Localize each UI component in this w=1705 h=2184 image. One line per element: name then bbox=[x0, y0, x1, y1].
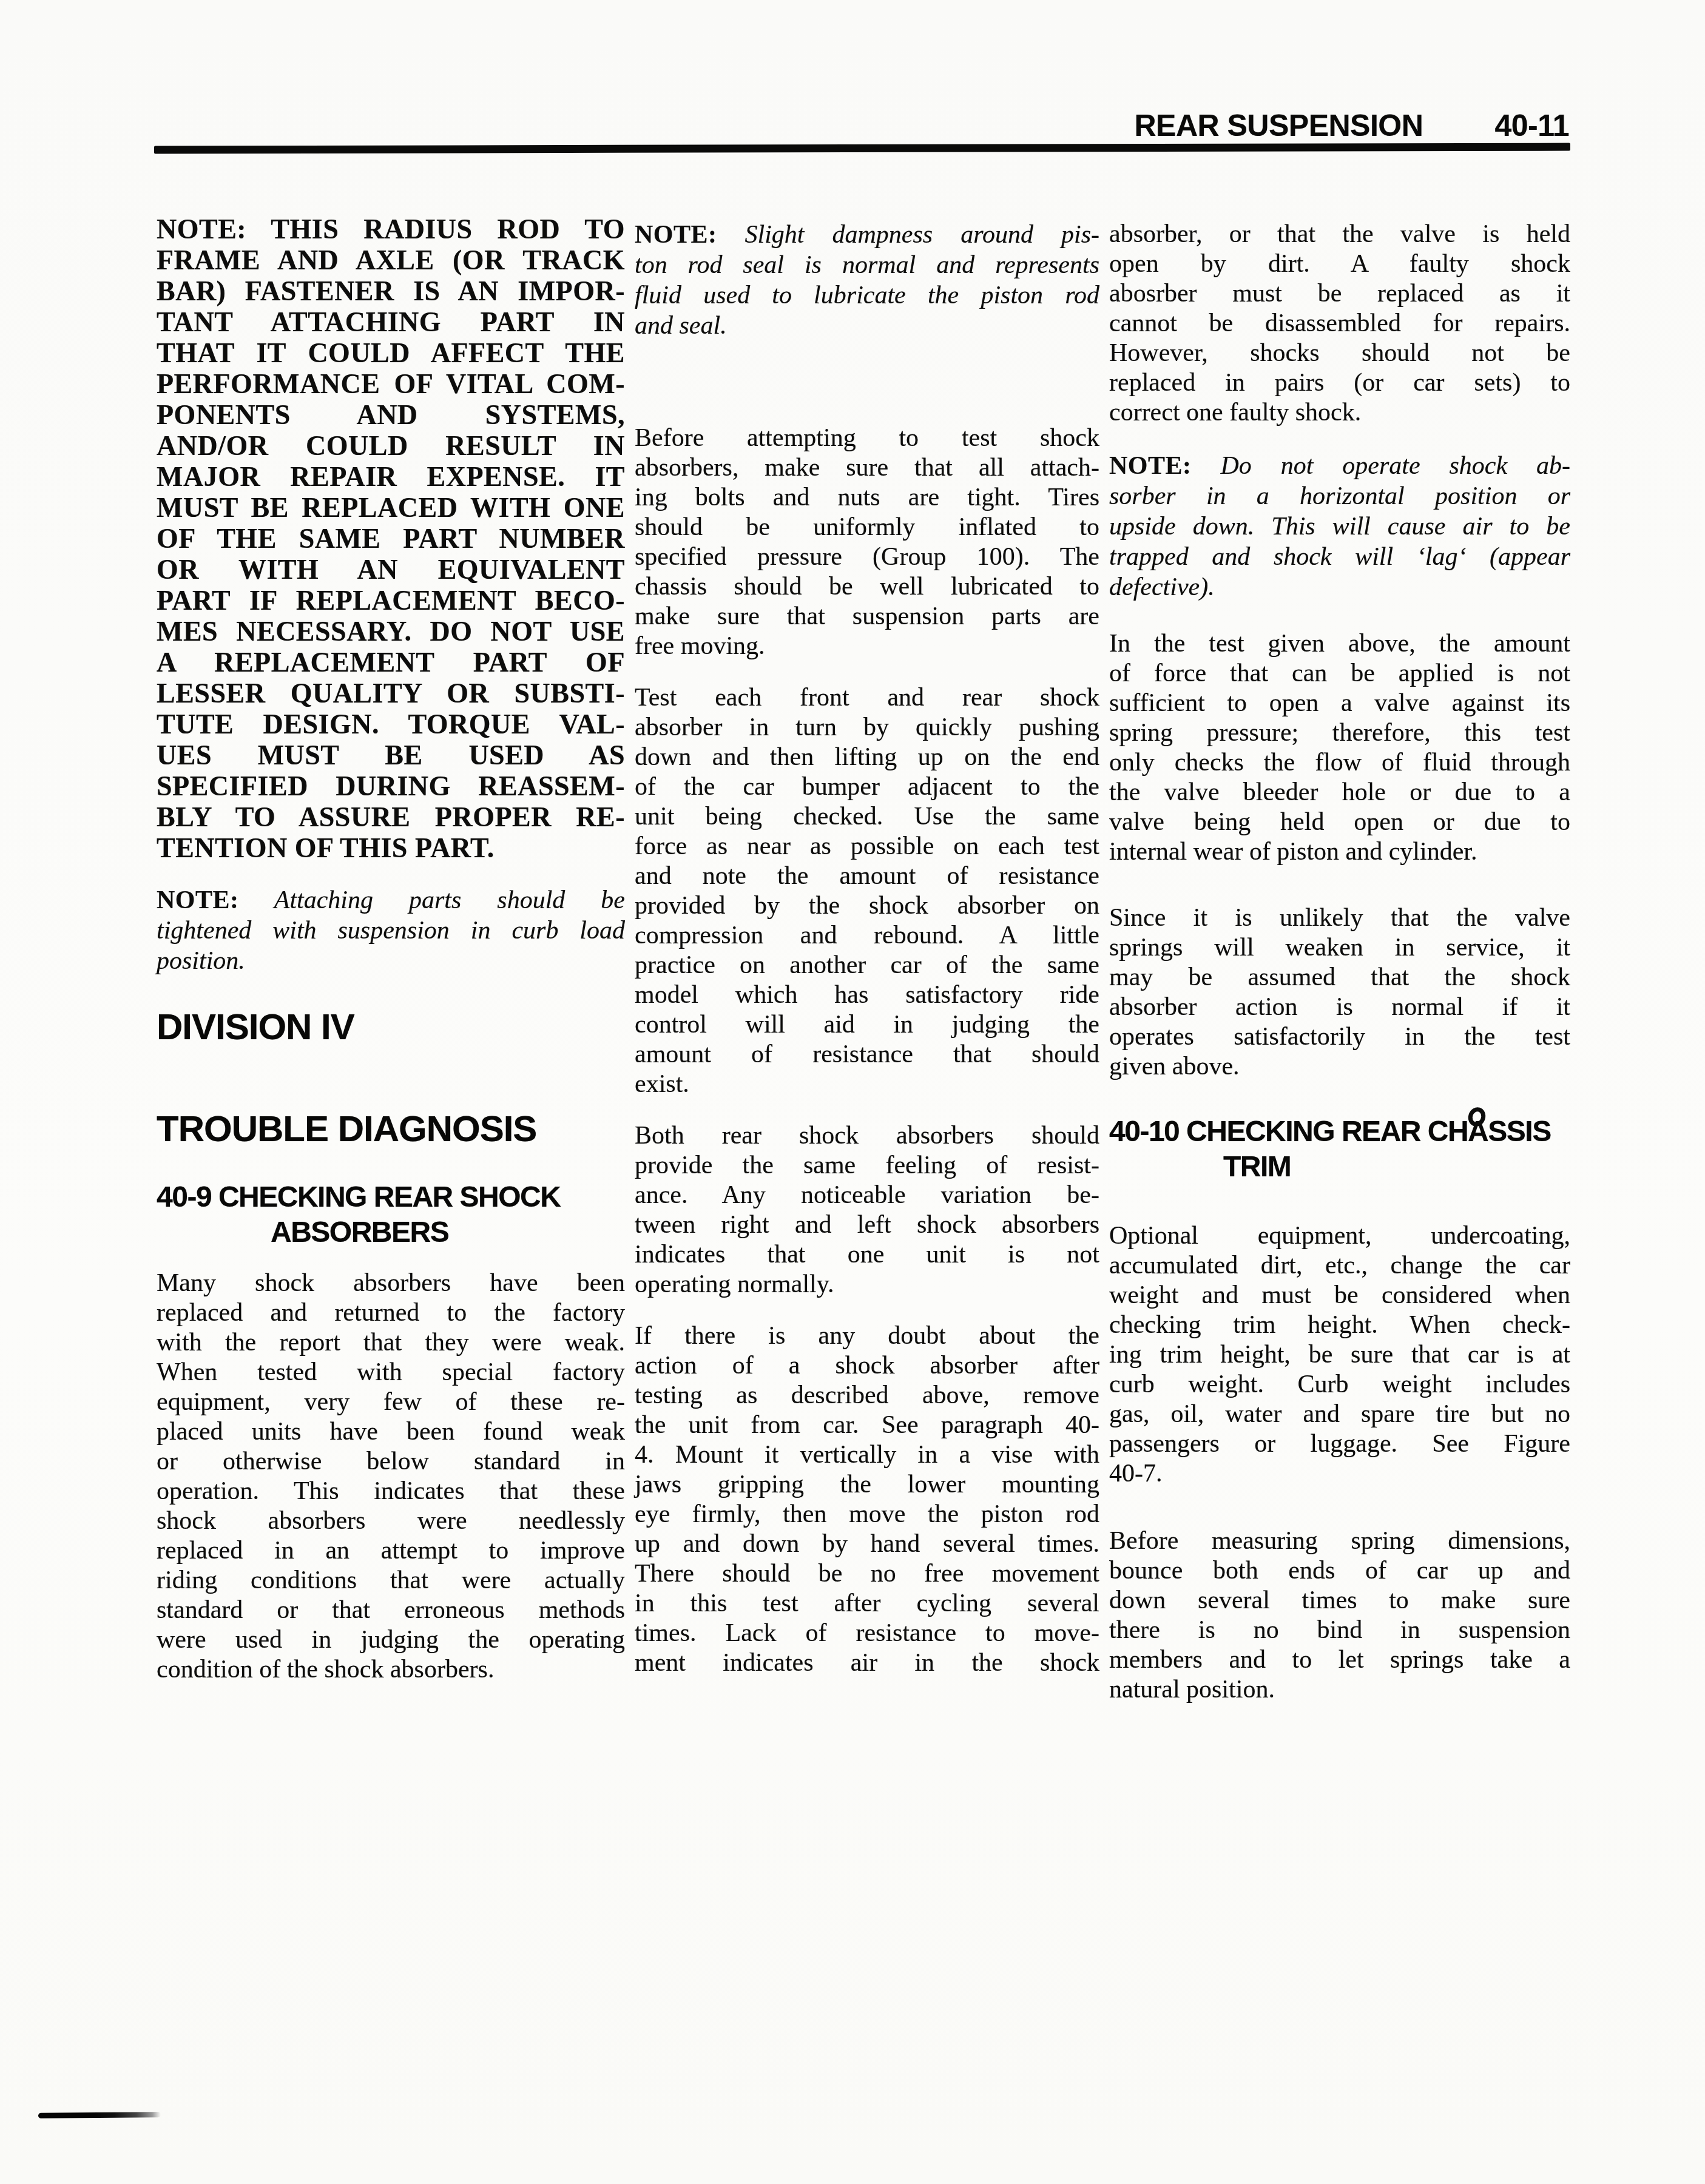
text-line: provided by the shock absorber on bbox=[635, 891, 1099, 921]
text-line: 40-7. bbox=[1109, 1459, 1570, 1489]
text-line: times. Lack of resistance to move- bbox=[635, 1619, 1099, 1648]
text-line: abosrber must be replaced as it bbox=[1109, 279, 1570, 309]
text-line: practice on another car of the same bbox=[635, 951, 1099, 980]
text-line: MUST BE REPLACED WITH ONE bbox=[157, 492, 625, 523]
horizontal-operation-note: NOTE: Do not operate shock ab-sorber in … bbox=[1109, 451, 1570, 602]
footer-ink-line bbox=[38, 2112, 161, 2118]
bumper-test-paragraph: Test each front and rear shockabsorber i… bbox=[635, 683, 1099, 1099]
text-line: operating normally. bbox=[635, 1270, 1099, 1299]
text-line: indicates that one unit is not bbox=[635, 1240, 1099, 1270]
text-line: may be assumed that the shock bbox=[1109, 963, 1570, 993]
text-line: jaws gripping the lower mounting bbox=[635, 1470, 1099, 1500]
division-heading: DIVISION IV bbox=[157, 1008, 625, 1046]
text-line: ing bolts and nuts are tight. Tires bbox=[635, 483, 1099, 513]
text-line: replaced in an attempt to improve bbox=[157, 1536, 625, 1566]
text-line: open by dirt. A faulty shock bbox=[1109, 249, 1570, 279]
text-line: If there is any doubt about the bbox=[635, 1321, 1099, 1351]
text-line: bounce both ends of car up and bbox=[1109, 1556, 1570, 1586]
text-line: internal wear of piston and cylinder. bbox=[1109, 837, 1570, 867]
text-line: given above. bbox=[1109, 1052, 1570, 1082]
text-line: trapped and shock will ‘lag‘ (appear bbox=[1109, 542, 1570, 572]
text-line: 4. Mount it vertically in a vise with bbox=[635, 1440, 1099, 1470]
radius-rod-warning-note: NOTE: THIS RADIUS ROD TOFRAME AND AXLE (… bbox=[157, 214, 625, 863]
text-line: free moving. bbox=[635, 632, 1099, 661]
pre-test-paragraph: Before attempting to test shockabsorbers… bbox=[635, 423, 1099, 661]
text-line: of the car bumper adjacent to the bbox=[635, 772, 1099, 802]
text-line: model which has satisfactory ride bbox=[635, 980, 1099, 1010]
spring-measurement-paragraph: Before measuring spring dimensions,bounc… bbox=[1109, 1526, 1570, 1705]
trim-height-paragraph: Optional equipment, undercoating,accumul… bbox=[1109, 1221, 1570, 1489]
text-line: sorber in a horizontal position or bbox=[1109, 481, 1570, 511]
text-line: there is no bind in suspension bbox=[1109, 1616, 1570, 1645]
text-line: Optional equipment, undercoating, bbox=[1109, 1221, 1570, 1251]
text-line: cannot be disassembled for repairs. bbox=[1109, 309, 1570, 339]
text-line: curb weight. Curb weight includes bbox=[1109, 1370, 1570, 1400]
text-line: upside down. This will cause air to be bbox=[1109, 511, 1570, 542]
text-line: tightened with suspension in curb load bbox=[157, 915, 625, 946]
text-line: replaced in pairs (or car sets) to bbox=[1109, 368, 1570, 398]
piston-rod-dampness-note: NOTE: Slight dampness around pis-ton rod… bbox=[635, 220, 1099, 341]
note-label: NOTE: bbox=[157, 886, 239, 914]
text-line: control will aid in judging the bbox=[635, 1010, 1099, 1040]
text-line: with the report that they were weak. bbox=[157, 1328, 625, 1358]
text-line: Many shock absorbers have been bbox=[157, 1269, 625, 1298]
text-line: spring pressure; therefore, this test bbox=[1109, 718, 1570, 748]
text-line: the unit from car. See paragraph 40- bbox=[635, 1410, 1099, 1440]
manual-page: REAR SUSPENSION 40-11 NOTE: THIS RADIUS … bbox=[0, 0, 1705, 2184]
text-columns: NOTE: THIS RADIUS ROD TOFRAME AND AXLE (… bbox=[157, 214, 1570, 1705]
text-line: passengers or luggage. See Figure bbox=[1109, 1429, 1570, 1459]
vise-test-paragraph: If there is any doubt about theaction of… bbox=[635, 1321, 1099, 1678]
header-rule bbox=[154, 143, 1570, 154]
text-line: Test each front and rear shock bbox=[635, 683, 1099, 713]
text-line: absorbers, make sure that all attach- bbox=[635, 453, 1099, 483]
text-line: or otherwise below standard in bbox=[157, 1447, 625, 1477]
text-line: weight and must be considered when bbox=[1109, 1281, 1570, 1310]
text-line: condition of the shock absorbers. bbox=[157, 1655, 625, 1685]
text-line: TENTION OF THIS PART. bbox=[157, 832, 625, 863]
trouble-diagnosis-heading: TROUBLE DIAGNOSIS bbox=[157, 1110, 625, 1148]
curb-load-note: NOTE: Attaching parts should betightened… bbox=[157, 885, 625, 976]
text-line: were used in judging the operating bbox=[157, 1625, 625, 1655]
text-line: only checks the flow of fluid through bbox=[1109, 748, 1570, 778]
text-line: position. bbox=[157, 946, 625, 976]
text-line: absorber action is normal if it bbox=[1109, 993, 1570, 1022]
text-line: unit being checked. Use the same bbox=[635, 802, 1099, 832]
text-line: MES NECESSARY. DO NOT USE bbox=[157, 616, 625, 647]
left-column: NOTE: THIS RADIUS ROD TOFRAME AND AXLE (… bbox=[157, 214, 625, 1705]
text-line: up and down by hand several times. bbox=[635, 1529, 1099, 1559]
text-line: MAJOR REPAIR EXPENSE. IT bbox=[157, 461, 625, 492]
text-line: gas, oil, water and spare tire but no bbox=[1109, 1400, 1570, 1429]
text-line: and seal. bbox=[635, 311, 1099, 341]
text-line: eye firmly, then move the piston rod bbox=[635, 1500, 1099, 1529]
text-line: ing trim height, be sure that car is at bbox=[1109, 1340, 1570, 1370]
text-line: make sure that suspension parts are bbox=[635, 602, 1099, 632]
text-line: specified pressure (Group 100). The bbox=[635, 542, 1099, 572]
text-line: PERFORMANCE OF VITAL COM- bbox=[157, 368, 625, 399]
text-line: valve being held open or due to bbox=[1109, 807, 1570, 837]
text-line: NOTE: Do not operate shock ab- bbox=[1109, 451, 1570, 481]
section-40-9-title: 40-9 CHECKING REAR SHOCK bbox=[157, 1180, 625, 1215]
valve-springs-paragraph: Since it is unlikely that the valvesprin… bbox=[1109, 903, 1570, 1082]
text-line: fluid used to lubricate the piston rod bbox=[635, 280, 1099, 311]
text-line: BLY TO ASSURE PROPER RE- bbox=[157, 801, 625, 832]
text-line: defective). bbox=[1109, 572, 1570, 602]
text-line: equipment, very few of these re- bbox=[157, 1387, 625, 1417]
text-line: Before attempting to test shock bbox=[635, 423, 1099, 453]
text-line: OF THE SAME PART NUMBER bbox=[157, 523, 625, 554]
text-line: chassis should be well lubricated to bbox=[635, 572, 1099, 602]
middle-column: NOTE: Slight dampness around pis-ton rod… bbox=[635, 214, 1099, 1705]
text-line: and note the amount of resistance bbox=[635, 861, 1099, 891]
text-line: in this test after cycling several bbox=[635, 1589, 1099, 1619]
text-line: There should be no free movement bbox=[635, 1559, 1099, 1589]
text-line: PART IF REPLACEMENT BECO- bbox=[157, 585, 625, 616]
text-line: accumulated dirt, etc., change the car bbox=[1109, 1251, 1570, 1281]
text-line: standard or that erroneous methods bbox=[157, 1596, 625, 1625]
text-line: TANT ATTACHING PART IN bbox=[157, 306, 625, 337]
text-line: NOTE: Attaching parts should be bbox=[157, 885, 625, 915]
text-line: Before measuring spring dimensions, bbox=[1109, 1526, 1570, 1556]
text-line: LESSER QUALITY OR SUBSTI- bbox=[157, 678, 625, 709]
text-line: UES MUST BE USED AS bbox=[157, 740, 625, 770]
text-line: In the test given above, the amount bbox=[1109, 629, 1570, 659]
text-line: ton rod seal is normal and represents bbox=[635, 250, 1099, 280]
text-line: ance. Any noticeable variation be- bbox=[635, 1181, 1099, 1210]
text-line: compression and rebound. A little bbox=[635, 921, 1099, 951]
text-line: PONENTS AND SYSTEMS, bbox=[157, 399, 625, 430]
section-40-9-heading: 40-9 CHECKING REAR SHOCK ABSORBERS bbox=[157, 1180, 625, 1250]
text-line: testing as described above, remove bbox=[635, 1381, 1099, 1410]
text-line: operation. This indicates that these bbox=[157, 1477, 625, 1506]
text-line: ment indicates air in the shock bbox=[635, 1648, 1099, 1678]
right-column: absorber, or that the valve is heldopen … bbox=[1109, 214, 1570, 1705]
text-line: AND/OR COULD RESULT IN bbox=[157, 430, 625, 461]
text-line: sufficient to open a valve against its bbox=[1109, 689, 1570, 718]
text-line: checking trim height. When check- bbox=[1109, 1310, 1570, 1340]
text-line: shock absorbers were needlessly bbox=[157, 1506, 625, 1536]
text-line: action of a shock absorber after bbox=[635, 1351, 1099, 1381]
text-line: NOTE: THIS RADIUS ROD TO bbox=[157, 214, 625, 244]
text-line: However, shocks should not be bbox=[1109, 339, 1570, 368]
shock-absorber-intro-paragraph: Many shock absorbers have beenreplaced a… bbox=[157, 1269, 625, 1685]
test-force-paragraph: In the test given above, the amountof fo… bbox=[1109, 629, 1570, 867]
section-40-9-subtitle: ABSORBERS bbox=[157, 1215, 625, 1250]
text-line: the valve bleeder hole or due to a bbox=[1109, 778, 1570, 807]
text-line: down and then lifting up on the end bbox=[635, 743, 1099, 772]
text-line: of force that can be applied is not bbox=[1109, 659, 1570, 689]
text-line: THAT IT COULD AFFECT THE bbox=[157, 337, 625, 368]
section-40-10-title: 40-10 CHECKING REAR CHASSIS bbox=[1109, 1114, 1570, 1150]
text-line: force as near as possible on each test bbox=[635, 832, 1099, 861]
text-line: Both rear shock absorbers should bbox=[635, 1121, 1099, 1151]
text-line: A REPLACEMENT PART OF bbox=[157, 647, 625, 678]
text-line: provide the same feeling of resist- bbox=[635, 1151, 1099, 1181]
text-line: operates satisfactorily in the test bbox=[1109, 1022, 1570, 1052]
text-line: amount of resistance that should bbox=[635, 1040, 1099, 1070]
text-line: NOTE: Slight dampness around pis- bbox=[635, 220, 1099, 250]
text-line: riding conditions that were actually bbox=[157, 1566, 625, 1596]
text-line: placed units have been found weak bbox=[157, 1417, 625, 1447]
text-line: replaced and returned to the factory bbox=[157, 1298, 625, 1328]
page-number: 40-11 bbox=[1494, 108, 1569, 143]
text-line: BAR) FASTENER IS AN IMPOR- bbox=[157, 275, 625, 306]
text-line: should be uniformly inflated to bbox=[635, 513, 1099, 542]
text-line: SPECIFIED DURING REASSEM- bbox=[157, 770, 625, 801]
page-section-title: REAR SUSPENSION bbox=[1134, 108, 1423, 143]
text-line: absorber in turn by quickly pushing bbox=[635, 713, 1099, 743]
resistance-comparison-paragraph: Both rear shock absorbers shouldprovide … bbox=[635, 1121, 1099, 1299]
text-line: springs will weaken in service, it bbox=[1109, 933, 1570, 963]
text-line: Since it is unlikely that the valve bbox=[1109, 903, 1570, 933]
running-header: REAR SUSPENSION 40-11 bbox=[1134, 108, 1569, 143]
note-label: NOTE: bbox=[1109, 452, 1192, 480]
text-line: FRAME AND AXLE (OR TRACK bbox=[157, 244, 625, 275]
text-line: correct one faulty shock. bbox=[1109, 398, 1570, 428]
text-line: members and to let springs take a bbox=[1109, 1645, 1570, 1675]
text-line: down several times to make sure bbox=[1109, 1586, 1570, 1616]
note-label: NOTE: bbox=[635, 221, 717, 249]
text-line: tween right and left shock absorbers bbox=[635, 1210, 1099, 1240]
text-line: natural position. bbox=[1109, 1675, 1570, 1705]
text-line: When tested with special factory bbox=[157, 1358, 625, 1387]
faulty-shock-continuation-paragraph: absorber, or that the valve is heldopen … bbox=[1109, 220, 1570, 428]
section-40-10-heading: 40-10 CHECKING REAR CHASSIS TRIM bbox=[1109, 1114, 1570, 1185]
text-line: TUTE DESIGN. TORQUE VAL- bbox=[157, 709, 625, 740]
text-line: OR WITH AN EQUIVALENT bbox=[157, 554, 625, 585]
text-line: exist. bbox=[635, 1070, 1099, 1099]
section-40-10-subtitle: TRIM bbox=[1109, 1150, 1570, 1185]
text-line: absorber, or that the valve is held bbox=[1109, 220, 1570, 249]
